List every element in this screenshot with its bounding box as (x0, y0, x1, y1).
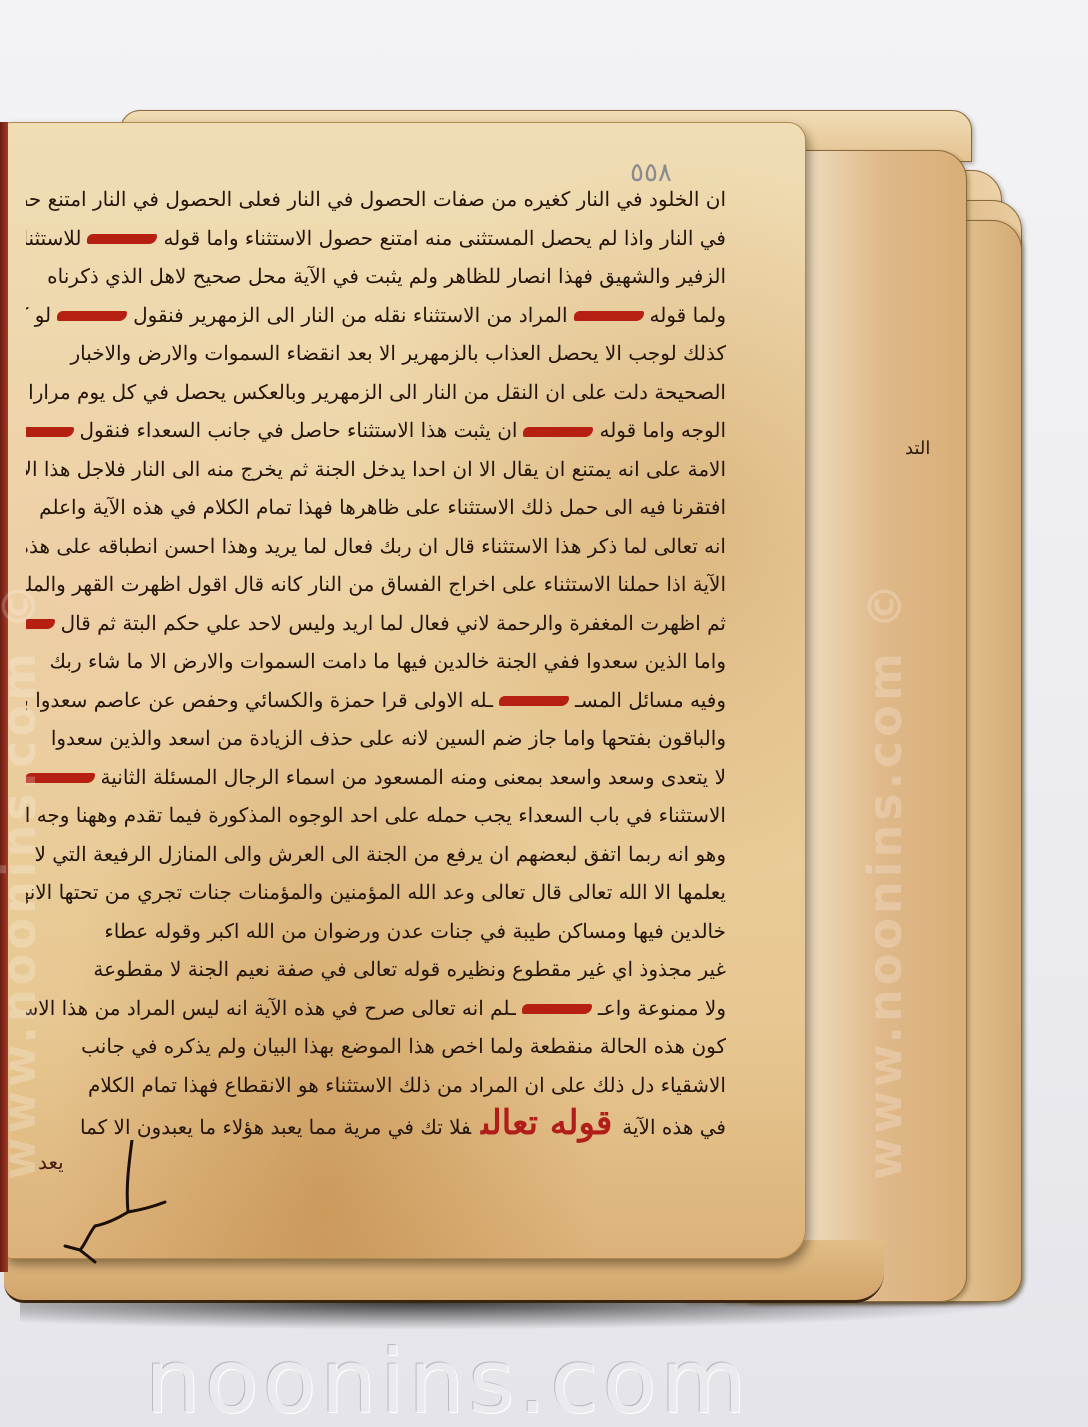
manuscript-line: في هذه الآيةقوله تعالىفلا تك في مرية مما… (26, 1104, 726, 1143)
manuscript-line: كون هذه الحالة منقطعة ولما اخص هذا الموض… (26, 1027, 726, 1066)
line-text: الزفير والشهيق فهذا انصار للظاهر ولم يثب… (47, 264, 726, 288)
line-text: فلا تك في مرية مما يعبد هؤلاء ما يعبدون … (80, 1115, 471, 1139)
line-text: المراد من الاستثناء نقله من النار الى ال… (133, 303, 567, 327)
line-text: الآية اذا حملنا الاستثناء على اخراج الفس… (26, 572, 726, 596)
line-text: ـلم انه تعالى صرح في هذه الآية انه ليس ا… (26, 996, 516, 1020)
manuscript-line: يعلمها الا الله تعالى قال تعالى وعد الله… (26, 873, 726, 912)
manuscript-photo: التد ٥٥٨ ان الخلود في النار كغيره من صفا… (0, 0, 1088, 1427)
line-text: الامة على انه يمتنع ان يقال الا ان احدا … (26, 457, 726, 481)
manuscript-line: انه تعالى لما ذكر هذا الاستثناء قال ان ر… (26, 527, 726, 566)
line-text: ان الخلود في النار كغيره من صفات الحصول … (26, 187, 726, 211)
manuscript-line: لا يتعدى وسعد واسعد بمعنى ومنه المسعود م… (26, 758, 726, 797)
manuscript-line: ولما قولهالمراد من الاستثناء نقله من الن… (26, 296, 726, 335)
manuscript-line: في النار واذا لم يحصل المستثنى منه امتنع… (26, 219, 726, 258)
manuscript-line: الآية اذا حملنا الاستثناء على اخراج الفس… (26, 565, 726, 604)
line-text: الاشقياء دل ذلك على ان المراد من ذلك الا… (88, 1073, 726, 1097)
line-text: في النار واذا لم يحصل المستثنى منه امتنع… (163, 226, 726, 250)
manuscript-line: ثم اظهرت المغفرة والرحمة لاني فعال لما ا… (26, 604, 726, 643)
line-text: لا يتعدى وسعد واسعد بمعنى ومنه المسعود م… (101, 765, 727, 789)
red-rubric-overline (499, 696, 569, 706)
manuscript-text: ان الخلود في النار كغيره من صفات الحصول … (26, 180, 726, 1143)
line-text: كون هذه الحالة منقطعة ولما اخص هذا الموض… (81, 1034, 726, 1058)
manuscript-line: خالدين فيها ومساكن طيبة في جنات عدن ورضو… (26, 912, 726, 951)
manuscript-line: الاشقياء دل ذلك على ان المراد من ذلك الا… (26, 1066, 726, 1105)
watermark-vertical-right: www.noonins.com © (858, 579, 912, 1180)
line-text: ولما قوله (650, 303, 726, 327)
line-text: والباقون بفتحها واما جاز ضم السين لانه ع… (51, 726, 726, 750)
red-rubric-overline (26, 427, 74, 437)
line-text: الصحيحة دلت على ان النقل من النار الى ال… (26, 380, 726, 404)
manuscript-line: افتقرنا فيه الى حمل ذلك الاستثناء على ظا… (26, 488, 726, 527)
watermark-vertical-left: www.noonins.com © (0, 579, 46, 1180)
manuscript-line: الاستثناء في باب السعداء يجب حمله على اح… (26, 796, 726, 835)
line-text: افتقرنا فيه الى حمل ذلك الاستثناء على ظا… (39, 495, 726, 519)
line-text: يعلمها الا الله تعالى قال تعالى وعد الله… (26, 880, 726, 904)
manuscript-line: وهو انه ربما اتفق لبعضهم ان يرفع من الجن… (26, 835, 726, 874)
line-text: انه تعالى لما ذكر هذا الاستثناء قال ان ر… (26, 534, 726, 558)
manuscript-line: كذلك لوجب الا يحصل العذاب بالزمهرير الا … (26, 334, 726, 373)
line-text: وفيه مسائل المسـ (575, 688, 726, 712)
line-text: لو كان الامر (26, 303, 51, 327)
line-text: في هذه الآية (622, 1115, 726, 1139)
line-text: للاستثناء عائد الى (26, 226, 81, 250)
red-rubric-overline (523, 427, 593, 437)
red-rubric-overline (87, 234, 157, 244)
manuscript-line: الزفير والشهيق فهذا انصار للظاهر ولم يثب… (26, 257, 726, 296)
line-text: ثم اظهرت المغفرة والرحمة لاني فعال لما ا… (61, 611, 726, 635)
manuscript-line: غير مجذوذ اي غير مقطوع ونظيره قوله تعالى… (26, 950, 726, 989)
line-text: كذلك لوجب الا يحصل العذاب بالزمهرير الا … (70, 341, 726, 365)
line-text: غير مجذوذ اي غير مقطوع ونظيره قوله تعالى… (93, 957, 726, 981)
manuscript-line: والباقون بفتحها واما جاز ضم السين لانه ع… (26, 719, 726, 758)
ink-crack-line (60, 1140, 180, 1270)
manuscript-line: ولا ممنوعة واعــلم انه تعالى صرح في هذه … (26, 989, 726, 1028)
watermark-bottom: noonins.com (145, 1330, 750, 1427)
line-text: وهو انه ربما اتفق لبعضهم ان يرفع من الجن… (35, 842, 727, 866)
line-text: خالدين فيها ومساكن طيبة في جنات عدن ورضو… (104, 919, 726, 943)
line-text: الوجه واما قوله (599, 418, 726, 442)
red-rubric-overline (57, 311, 127, 321)
line-text: ولا ممنوعة واعـ (598, 996, 726, 1020)
line-text: ـله الاولى قرا حمزة والكسائي وحفص عن عاص… (26, 688, 493, 712)
manuscript-line: الصحيحة دلت على ان النقل من النار الى ال… (26, 373, 726, 412)
manuscript-line: الوجه واما قولهان يثبت هذا الاستثناء حاص… (26, 411, 726, 450)
manuscript-line: واما الذين سعدوا ففي الجنة خالدين فيها م… (26, 642, 726, 681)
red-rubric-overline (522, 1004, 592, 1014)
line-text: ان يثبت هذا الاستثناء حاصل في جانب السعد… (80, 418, 518, 442)
red-rubric-overline (574, 311, 644, 321)
red-heading: قوله تعالى (481, 1104, 612, 1143)
line-text: الاستثناء في باب السعداء يجب حمله على اح… (26, 803, 726, 827)
line-text: واما الذين سعدوا ففي الجنة خالدين فيها م… (50, 649, 726, 673)
manuscript-line: ان الخلود في النار كغيره من صفات الحصول … (26, 180, 726, 219)
manuscript-line: الامة على انه يمتنع ان يقال الا ان احدا … (26, 450, 726, 489)
margin-note: التد (905, 438, 930, 459)
manuscript-line: وفيه مسائل المســله الاولى قرا حمزة والك… (26, 681, 726, 720)
